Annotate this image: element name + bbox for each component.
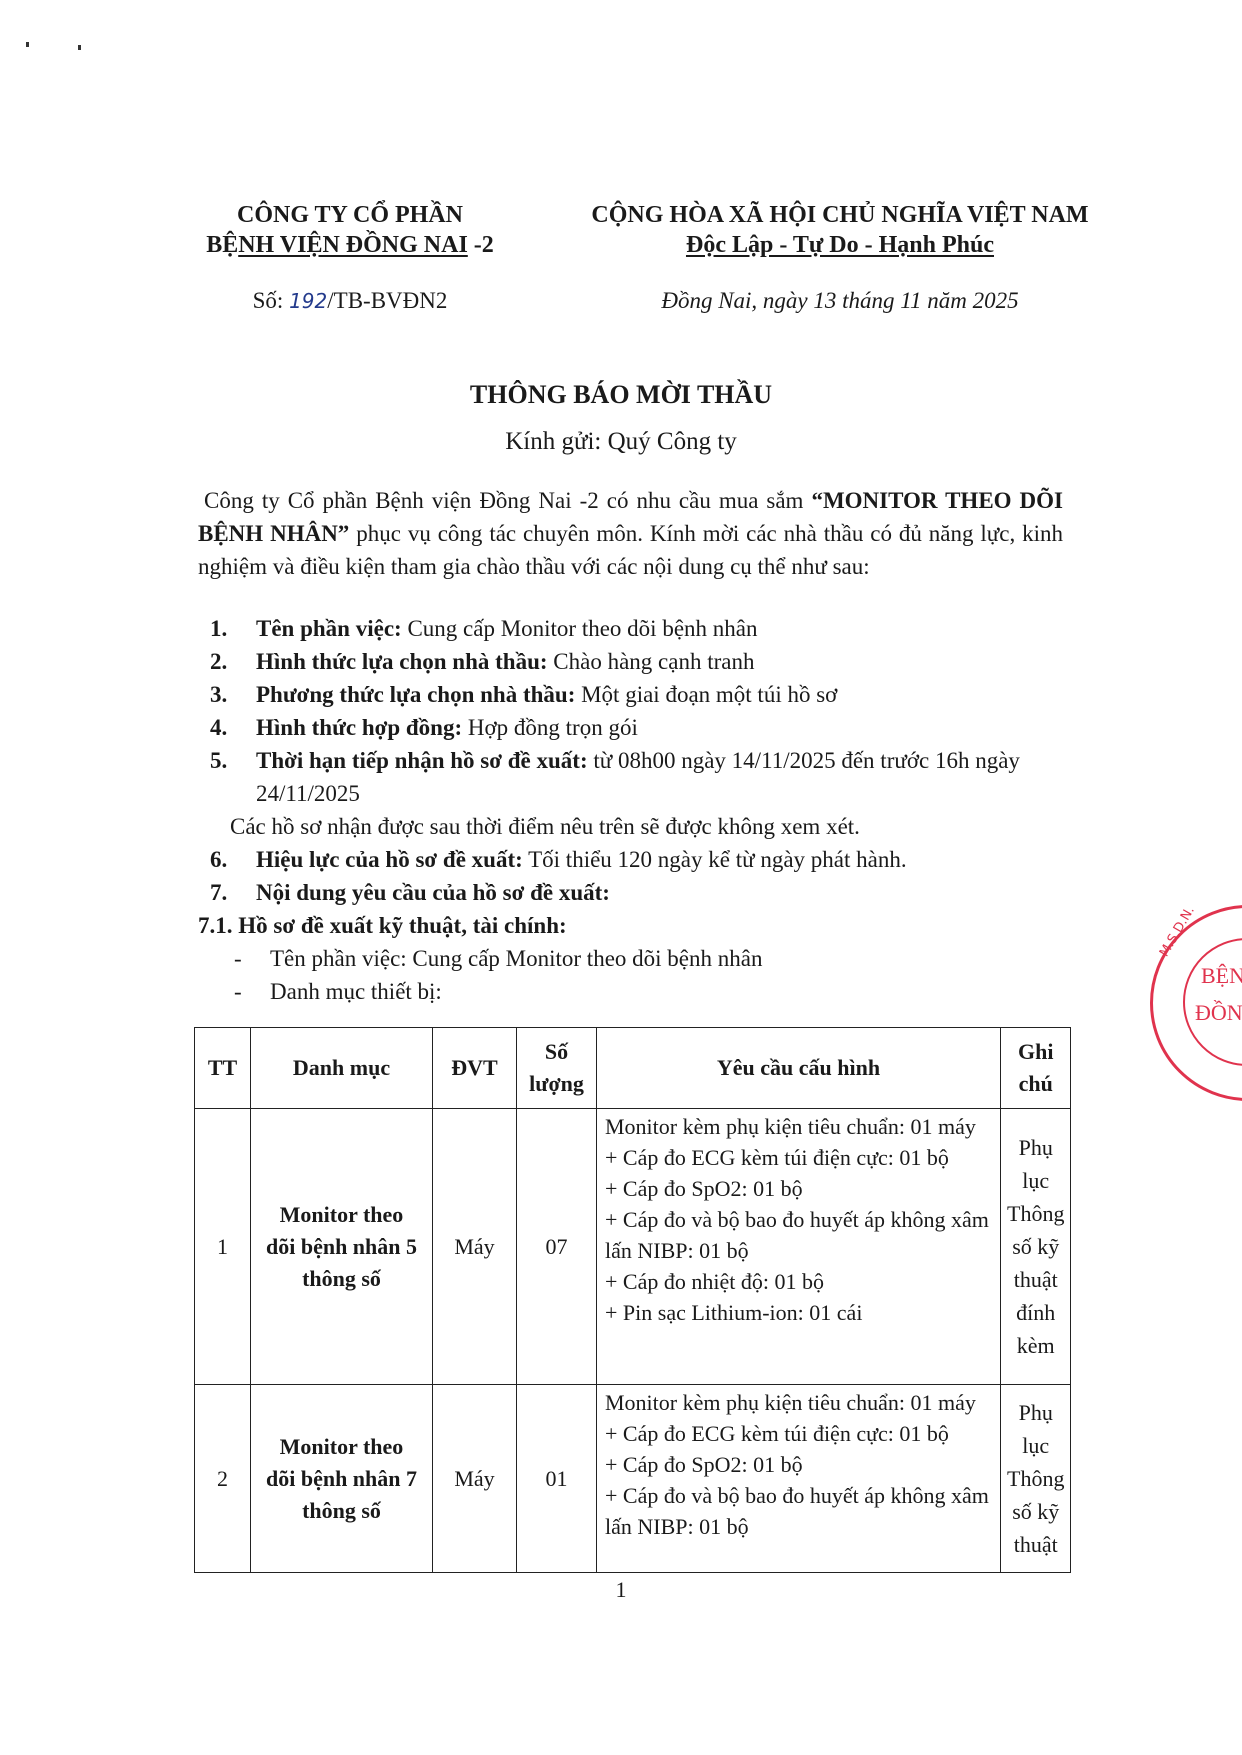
list-item: 4.Hình thức hợp đồng: Hợp đồng trọn gói <box>198 711 1078 744</box>
list-item-note: Các hồ sơ nhận được sau thời điểm nêu tr… <box>198 810 1078 843</box>
list-item: 3.Phương thức lựa chọn nhà thầu: Một gia… <box>198 678 1078 711</box>
document-reference: Số: 192/TB-BVĐN2 <box>150 288 550 314</box>
list-item: 7.Nội dung yêu cầu của hồ sơ đề xuất: <box>198 876 1078 909</box>
list-item: 5.Thời hạn tiếp nhận hồ sơ đề xuất: từ 0… <box>198 744 1078 777</box>
subsection-heading: 7.1. Hồ sơ đề xuất kỹ thuật, tài chính: <box>198 909 1078 942</box>
col-header-unit: ĐVT <box>433 1028 517 1109</box>
company-stamp: M.S.D.N. BỆN ĐỒN <box>1150 905 1242 1101</box>
col-header-spec: Yêu cầu cấu hình <box>597 1028 1001 1109</box>
col-header-note: Ghi chú <box>1001 1028 1071 1109</box>
intro-paragraph: Công ty Cổ phần Bệnh viện Đồng Nai -2 có… <box>198 484 1063 583</box>
spec-cell: Monitor kèm phụ kiện tiêu chuẩn: 01 máy … <box>597 1385 1001 1573</box>
document-title: THÔNG BÁO MỜI THẦU <box>0 380 1242 410</box>
handwritten-number: 192 <box>289 289 327 313</box>
company-name-line2: BỆNH VIỆN ĐỒNG NAI -2 <box>150 230 550 260</box>
document-date: Đồng Nai, ngày 13 tháng 11 năm 2025 <box>560 288 1120 314</box>
col-header-tt: TT <box>195 1028 251 1109</box>
scan-speck <box>26 42 29 47</box>
list-item-continuation: 24/11/2025 <box>198 777 1078 810</box>
col-header-item: Danh mục <box>251 1028 433 1109</box>
page-number: 1 <box>0 1577 1242 1603</box>
salutation: Kính gửi: Quý Công ty <box>0 428 1242 456</box>
national-header: CỘNG HÒA XÃ HỘI CHỦ NGHĨA VIỆT NAM Độc L… <box>560 200 1120 260</box>
list-item: 6.Hiệu lực của hồ sơ đề xuất: Tối thiểu … <box>198 843 1078 876</box>
list-item: 1.Tên phần việc: Cung cấp Monitor theo d… <box>198 612 1078 645</box>
spec-cell: Monitor kèm phụ kiện tiêu chuẩn: 01 máy … <box>597 1109 1001 1385</box>
national-motto: Độc Lập - Tự Do - Hạnh Phúc <box>560 230 1120 260</box>
equipment-table: TT Danh mục ĐVT Số lượng Yêu cầu cấu hìn… <box>194 1027 1071 1573</box>
bullet-item: -Tên phần việc: Cung cấp Monitor theo dõ… <box>198 942 1078 975</box>
table-row: 1 Monitor theo dõi bệnh nhân 5 thông số … <box>195 1109 1071 1385</box>
scan-speck <box>78 45 81 50</box>
list-item: 2.Hình thức lựa chọn nhà thầu: Chào hàng… <box>198 645 1078 678</box>
company-header: CÔNG TY CỔ PHẦN BỆNH VIỆN ĐỒNG NAI -2 <box>150 200 550 260</box>
table-row: 2 Monitor theo dõi bệnh nhân 7 thông số … <box>195 1385 1071 1573</box>
company-name-line1: CÔNG TY CỔ PHẦN <box>150 200 550 230</box>
bullet-item: -Danh mục thiết bị: <box>198 975 1078 1008</box>
requirements-list: 1.Tên phần việc: Cung cấp Monitor theo d… <box>198 612 1078 1008</box>
table-header-row: TT Danh mục ĐVT Số lượng Yêu cầu cấu hìn… <box>195 1028 1071 1109</box>
col-header-qty: Số lượng <box>517 1028 597 1109</box>
country-name: CỘNG HÒA XÃ HỘI CHỦ NGHĨA VIỆT NAM <box>560 200 1120 230</box>
